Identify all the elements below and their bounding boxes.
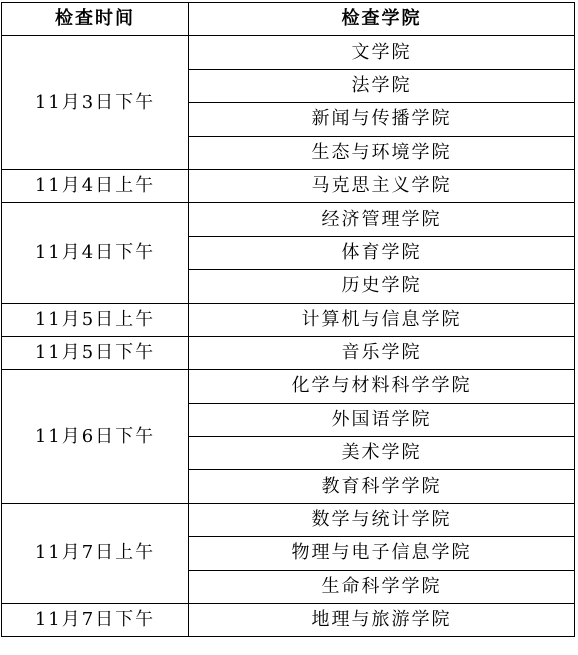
time-cell: 11月5日下午 [2, 336, 189, 369]
table-row: 11月3日下午 文学院 [2, 36, 575, 69]
table-row: 11月4日下午 经济管理学院 [2, 203, 575, 236]
time-cell: 11月7日下午 [2, 604, 189, 637]
college-cell: 文学院 [189, 36, 575, 69]
college-cell: 体育学院 [189, 236, 575, 269]
table-row: 11月7日下午 地理与旅游学院 [2, 604, 575, 637]
college-cell: 生命科学学院 [189, 570, 575, 603]
inspection-schedule-table: 检查时间 检查学院 11月3日下午 文学院 法学院 新闻与传播学院 生态与环境学… [1, 2, 575, 637]
time-cell: 11月7日上午 [2, 503, 189, 603]
table-row: 11月5日下午 音乐学院 [2, 336, 575, 369]
college-cell: 数学与统计学院 [189, 503, 575, 536]
time-cell: 11月5日上午 [2, 303, 189, 336]
college-cell: 马克思主义学院 [189, 169, 575, 202]
college-cell: 法学院 [189, 69, 575, 102]
college-cell: 美术学院 [189, 437, 575, 470]
college-cell: 生态与环境学院 [189, 136, 575, 169]
college-cell: 新闻与传播学院 [189, 103, 575, 136]
table-row: 11月7日上午 数学与统计学院 [2, 503, 575, 536]
header-inspection-college: 检查学院 [189, 3, 575, 36]
table-row: 11月5日上午 计算机与信息学院 [2, 303, 575, 336]
college-cell: 外国语学院 [189, 403, 575, 436]
college-cell: 历史学院 [189, 270, 575, 303]
header-inspection-time: 检查时间 [2, 3, 189, 36]
college-cell: 物理与电子信息学院 [189, 537, 575, 570]
time-cell: 11月4日下午 [2, 203, 189, 303]
college-cell: 经济管理学院 [189, 203, 575, 236]
college-cell: 计算机与信息学院 [189, 303, 575, 336]
time-cell: 11月3日下午 [2, 36, 189, 170]
college-cell: 地理与旅游学院 [189, 604, 575, 637]
college-cell: 教育科学学院 [189, 470, 575, 503]
table-row: 11月4日上午 马克思主义学院 [2, 169, 575, 202]
header-row: 检查时间 检查学院 [2, 3, 575, 36]
college-cell: 音乐学院 [189, 336, 575, 369]
time-cell: 11月4日上午 [2, 169, 189, 202]
college-cell: 化学与材料科学学院 [189, 370, 575, 403]
time-cell: 11月6日下午 [2, 370, 189, 504]
table-row: 11月6日下午 化学与材料科学学院 [2, 370, 575, 403]
